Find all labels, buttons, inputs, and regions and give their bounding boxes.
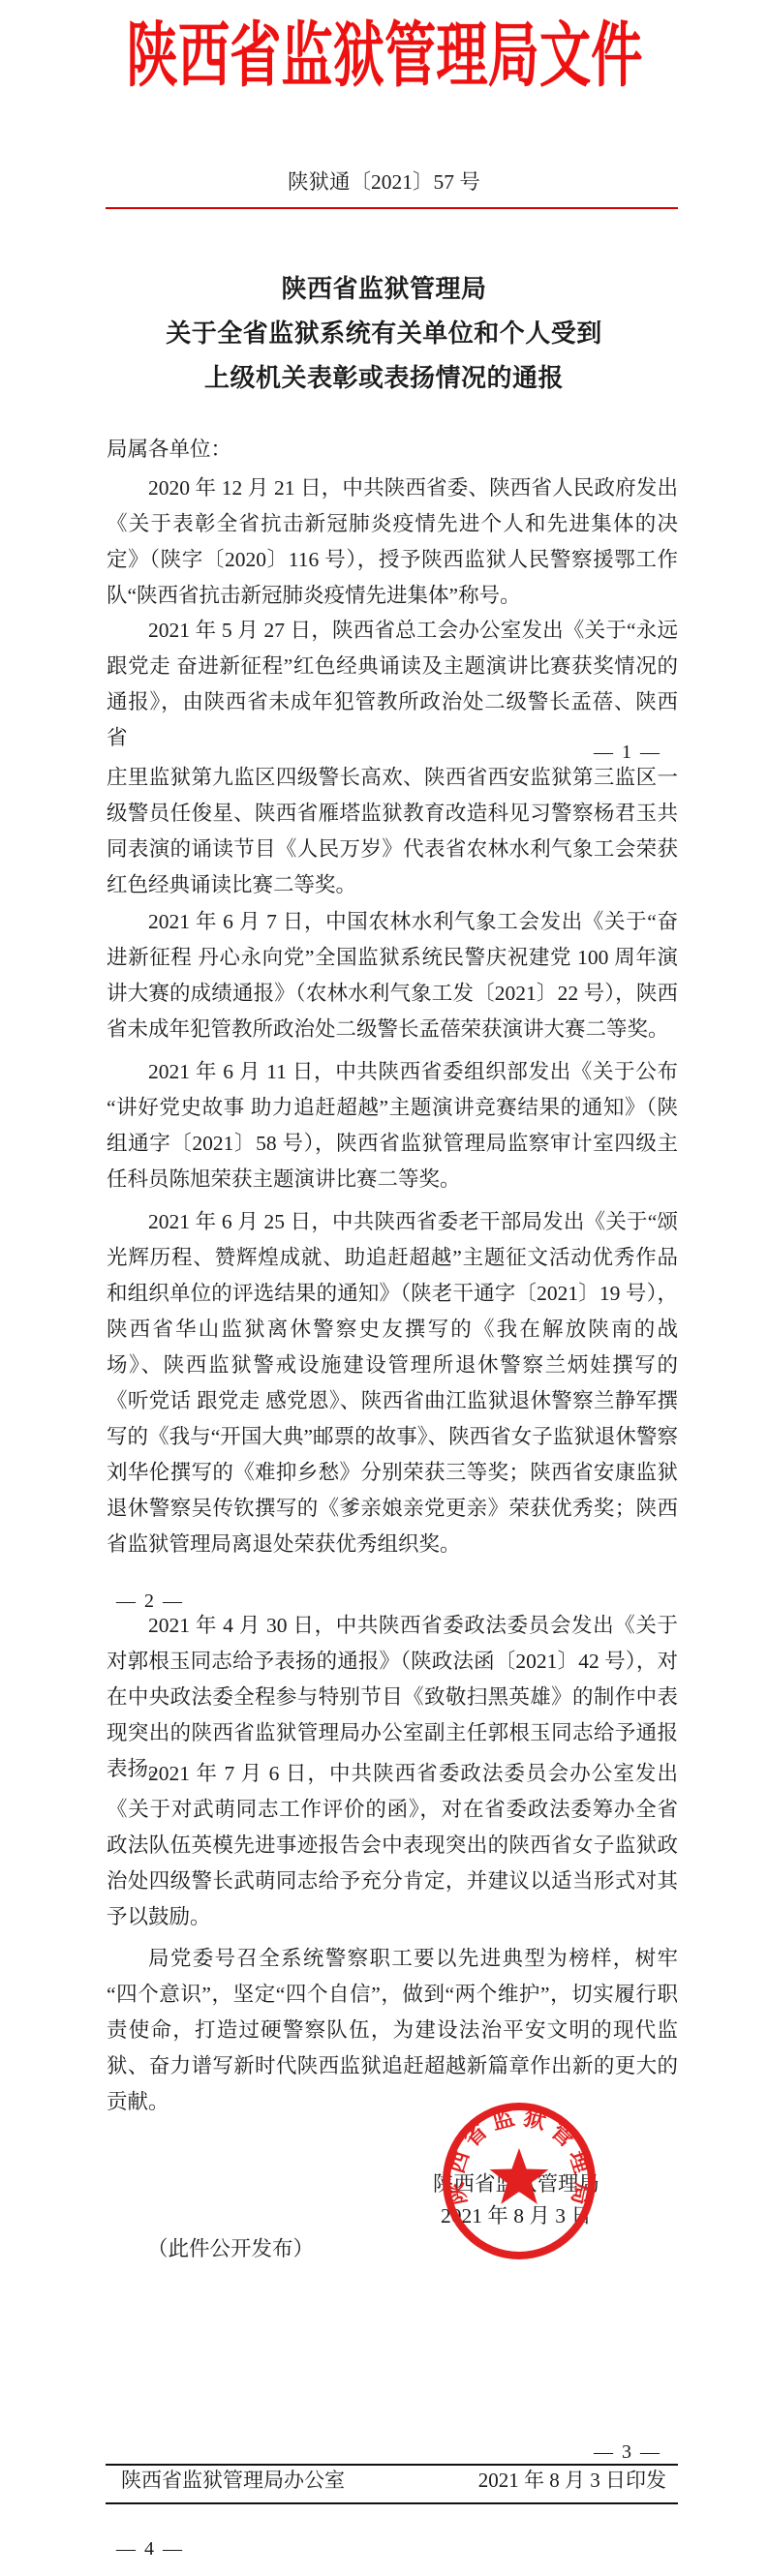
seal-star-icon — [490, 2148, 549, 2204]
letterhead-banner-text: 陕西省监狱管理局文件 — [126, 17, 642, 95]
paragraph-3: 2021 年 6 月 7 日，中国农林水利气象工会发出《关于“奋进新征程 丹心永… — [107, 904, 678, 1047]
footer-row: 陕西省监狱管理局办公室 2021 年 8 月 3 日印发 — [106, 2463, 678, 2499]
document-number: 陕狱通〔2021〕57 号 — [0, 169, 768, 195]
document-title-line1: 陕西省监狱管理局 — [0, 267, 768, 312]
document-page: 陕西省监狱管理局文件 陕狱通〔2021〕57 号 陕西省监狱管理局 关于全省监狱… — [0, 0, 768, 2576]
document-title-line3: 上级机关表彰或表扬情况的通报 — [0, 356, 768, 401]
page-number-4: — 4 — — [116, 2531, 184, 2567]
letterhead-banner: 陕西省监狱管理局文件 — [0, 17, 768, 99]
paragraph-7: 2021 年 7 月 6 日，中共陕西省委政法委员会办公室发出《关于对武萌同志工… — [107, 1756, 678, 1935]
paragraph-2-part1: 2021 年 5 月 27 日，陕西省总工会办公室发出《关于“永远跟党走 奋进新… — [107, 613, 678, 756]
public-release-note: （此件公开发布） — [147, 2231, 314, 2267]
footer-rule-bottom — [106, 2502, 678, 2504]
paragraph-2-part2: 庄里监狱第九监区四级警长高欢、陕西省西安监狱第三监区一级警员任俊星、陕西省雁塔监… — [107, 760, 678, 903]
footer-issuer: 陕西省监狱管理局办公室 — [121, 2463, 345, 2499]
document-title: 陕西省监狱管理局 关于全省监狱系统有关单位和个人受到 上级机关表彰或表扬情况的通… — [0, 267, 768, 401]
footer-print-date: 2021 年 8 月 3 日印发 — [478, 2463, 666, 2499]
paragraph-8: 局党委号召全系统警察职工要以先进典型为榜样，树牢“四个意识”，坚定“四个自信”，… — [107, 1941, 678, 2120]
letterhead-rule — [106, 207, 678, 209]
paragraph-5: 2021 年 6 月 25 日，中共陕西省委老干部局发出《关于“颂光辉历程、赞辉… — [107, 1204, 678, 1562]
paragraph-1: 2020 年 12 月 21 日，中共陕西省委、陕西省人民政府发出《关于表彰全省… — [107, 470, 678, 614]
official-seal: 陕西省监狱管理局 — [439, 2099, 599, 2263]
salutation: 局属各单位： — [107, 432, 678, 468]
paragraph-4: 2021 年 6 月 11 日，中共陕西省委组织部发出《关于公布“讲好党史故事 … — [107, 1054, 678, 1197]
document-title-line2: 关于全省监狱系统有关单位和个人受到 — [0, 312, 768, 356]
